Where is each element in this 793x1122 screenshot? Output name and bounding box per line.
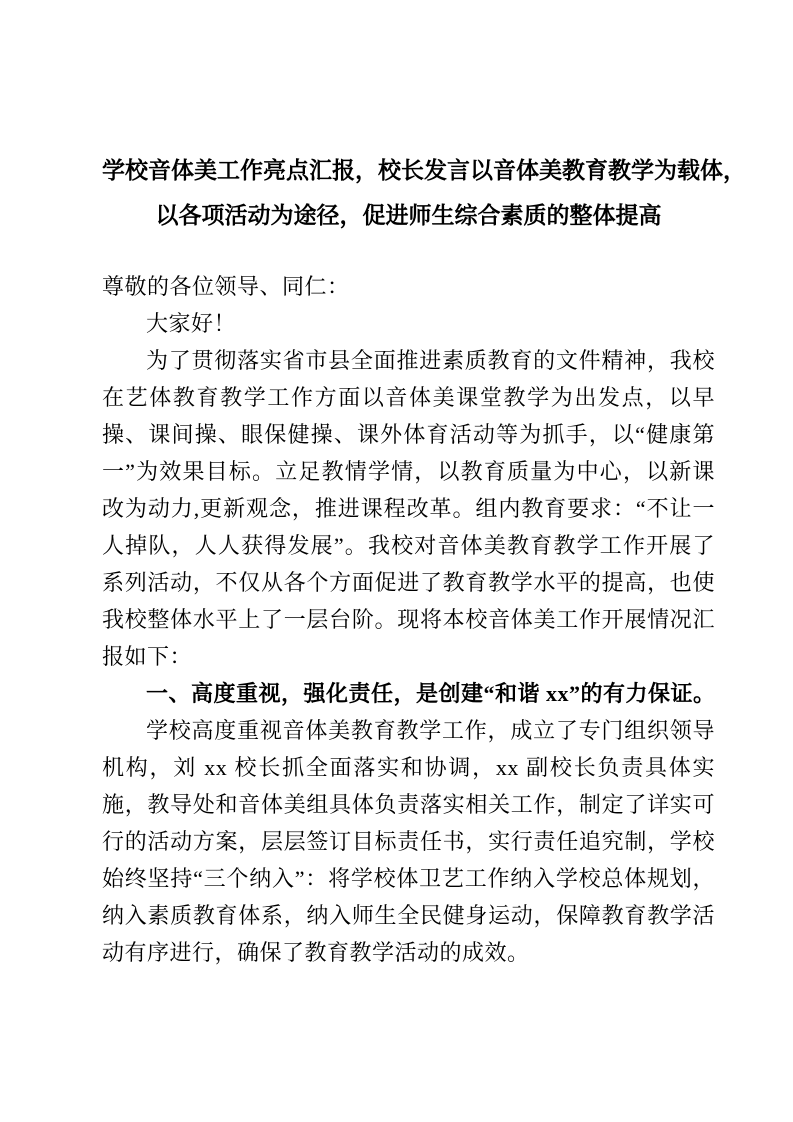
section-heading-1: 一、高度重视，强化责任，是创建“和谐 xx”的有力保证。 <box>102 675 715 712</box>
intro-paragraph: 为了贯彻落实省市县全面推进素质教育的文件精神，我校在艺体教育教学工作方面以音体美… <box>102 342 715 675</box>
document-title-line-2: 以各项活动为途径，促进师生综合素质的整体提高 <box>102 193 715 238</box>
document-body: 尊敬的各位领导、同仁： 大家好！ 为了贯彻落实省市县全面推进素质教育的文件精神，… <box>102 268 715 971</box>
greeting-paragraph: 尊敬的各位领导、同仁： <box>102 268 715 305</box>
document-page: 学校音体美工作亮点汇报，校长发言以音体美教育教学为载体， 以各项活动为途径，促进… <box>0 0 793 1122</box>
document-title-line-1: 学校音体美工作亮点汇报，校长发言以音体美教育教学为载体， <box>102 148 715 193</box>
document-title: 学校音体美工作亮点汇报，校长发言以音体美教育教学为载体， 以各项活动为途径，促进… <box>102 148 715 238</box>
salutation-paragraph: 大家好！ <box>102 305 715 342</box>
section-1-paragraph: 学校高度重视音体美教育教学工作，成立了专门组织领导机构，刘 xx 校长抓全面落实… <box>102 712 715 971</box>
